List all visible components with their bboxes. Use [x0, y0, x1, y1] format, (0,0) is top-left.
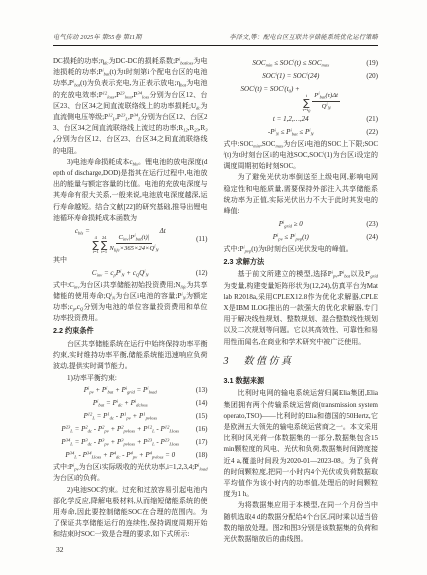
superscript: i: [293, 58, 294, 63]
equation-body: Pigrid ≥ 0: [224, 218, 359, 231]
subscript: dc: [88, 442, 92, 447]
superscript: i: [275, 71, 276, 76]
subscript: N: [276, 131, 279, 136]
subscript: N: [311, 131, 314, 136]
page-number: 32: [53, 544, 208, 555]
denominator: Nlife×365×24×QiN: [109, 244, 158, 253]
subscript: max: [275, 143, 283, 148]
subscript: Lloss: [92, 455, 102, 460]
subscript: pvloss: [124, 442, 135, 447]
subscript: bat: [180, 83, 186, 88]
equation-body: cbls = 4∑i=124∑t=1Cinv|Pibat(t)|Nlife×36…: [53, 225, 188, 255]
summation: 24∑t=1: [101, 236, 107, 254]
equation: Pipv + Pibat + Pigrid = Piload(13): [53, 384, 208, 397]
equation-number: (22): [358, 126, 378, 139]
equation-number: (24): [358, 231, 378, 244]
subscript: N: [156, 247, 159, 252]
paragraph: 式中:SOCmin,SOCmax为台区i电池的SOC上下限;SOCi(t)为t时…: [224, 139, 379, 173]
subscript: bat: [136, 237, 142, 242]
subscript: loss: [142, 94, 149, 99]
subscript: L: [74, 455, 77, 460]
subscript: grid: [284, 223, 292, 228]
equation-body: Pipv ≤ Pipvp(t): [224, 231, 359, 244]
summation: t∑τ=t0: [303, 94, 311, 112]
subsection-heading: 2.3 求解方法: [224, 256, 379, 269]
subscript: min: [266, 62, 273, 67]
equation-number: (14): [188, 397, 208, 410]
paragraph: 2)电池SOC约束。过充和过放容易引起电池内部化学反应,降解电极材料,从而缩短储…: [53, 485, 208, 541]
page: 电气传动 2025年 第55卷 第11期 李泽文,等：配电台区互联共享储能系统优…: [0, 0, 427, 575]
subscript: Lloss: [169, 429, 179, 434]
journal-info: 电气传动 2025年 第55卷 第11期: [53, 32, 142, 41]
equation-body: SOCi(1) = SOCi(24): [224, 70, 359, 83]
equation: -PiN ≤ Pibat ≤ PiN(22): [224, 126, 379, 139]
subscript: dcloss: [136, 403, 147, 408]
subscript: Q: [80, 306, 83, 311]
superscript: i: [224, 151, 225, 156]
subscript: loss: [107, 94, 114, 99]
subscript: load: [149, 390, 157, 395]
subscript: L: [125, 116, 128, 121]
equation: SOCi(1) = SOCi(24)(20): [224, 70, 379, 83]
equation-number: (19): [358, 57, 378, 70]
equation-body: -PiN ≤ Pibat ≤ PiN: [224, 126, 359, 139]
subscript: 23: [194, 128, 199, 133]
superscript: i: [306, 71, 307, 76]
paragraph: 为了避免光伏功率倒送至上级电网,影响电网稳定性和电能质量,需要保持外部注入共享储…: [224, 172, 379, 217]
equation: P34L - P34Lloss + P4dc - P4pv + P4pvloss…: [53, 449, 208, 462]
paragraph: DC损耗的功率;ηdc为DC-DC的损耗系数;Pibatloss为电池损耗的功率…: [53, 56, 208, 157]
equation-number: (23): [358, 218, 378, 231]
subscript: pv: [104, 429, 108, 434]
subscript: Q: [136, 272, 139, 277]
paragraph: 式中:Cinv为台区i共享储能初始投资费用;Nlife为共享储能的使用寿命;Qi…: [53, 280, 208, 325]
subscript: 0: [289, 88, 291, 93]
equation: Cinv = cpPiN + cQQiN(12): [53, 267, 208, 280]
equation-body: Cinv = cpPiN + cQQiN: [53, 267, 188, 280]
equation-number: (21): [358, 113, 378, 126]
subscript: pvloss: [152, 455, 163, 460]
subscript: dc: [116, 455, 120, 460]
equation-body: P23L = P2dc - P2pv + P2pvloss + P12L - P…: [53, 423, 188, 436]
equation-number: (18): [188, 449, 208, 462]
subscript: pv: [74, 467, 78, 472]
equation-body: P34L = P3dc - P3pv + P3pvloss + P23L - P…: [53, 436, 188, 449]
equation: Pigrid ≥ 0(23): [224, 218, 379, 231]
subscript: pv: [333, 274, 337, 279]
subscript: dc: [196, 105, 200, 110]
subscript: life: [180, 284, 186, 289]
subscript: inv: [74, 284, 80, 289]
subsection-heading: 2.2 约束条件: [53, 325, 208, 338]
subscript: L: [138, 116, 141, 121]
subscript: inv: [97, 272, 103, 277]
subscript: L: [113, 116, 116, 121]
subscript: pvloss: [124, 429, 135, 434]
subscript: loss: [125, 94, 132, 99]
subscript: pv: [104, 442, 108, 447]
fraction: Pibat(τ)ΔtQiN: [312, 92, 340, 111]
equation-number: (17): [188, 436, 208, 449]
subscript: pvloss: [146, 416, 157, 421]
subscript: N: [146, 272, 149, 277]
paragraph: 为将数据集应用于本模型,在同一个月份当中随机选取4 d的数据分配给4个台区,同时…: [224, 500, 379, 545]
subscript: inv: [123, 237, 129, 242]
equation-body: P12L = P1dc - P1pv + P1pvloss: [53, 410, 188, 423]
equation-number: (11): [188, 233, 208, 246]
subscript: L: [70, 429, 73, 434]
subscript: bat: [104, 72, 110, 77]
paragraph: 其中: [53, 255, 208, 266]
denominator: QiN: [322, 102, 331, 111]
equation: P34L = P3dc - P3pv + P3pvloss + P23L - P…: [53, 436, 208, 449]
paragraph: 3)电池寿命损耗成本cbls。锂电池的放电深度(depth of dischar…: [53, 157, 208, 224]
subscript: dc: [104, 60, 108, 65]
subscript: L: [152, 442, 155, 447]
equation-body: Pibat = Pidc + Pidcloss: [53, 397, 188, 410]
subscript: batloss: [180, 60, 193, 65]
subscript: N: [183, 295, 186, 300]
subscript: 12: [183, 128, 188, 133]
subscript: N: [328, 105, 331, 110]
superscript: i: [283, 84, 284, 89]
equation-number: (16): [188, 423, 208, 436]
equation-body: P34L - P34Lloss + P4dc - P4pv + P4pvloss…: [53, 449, 188, 462]
subscript: dc: [110, 416, 114, 421]
fraction: Cinv|Pibat(t)|Nlife×365×24×QiN: [109, 234, 158, 253]
subscript: life: [114, 247, 120, 252]
equation: P23L = P2dc - P2pv + P2pvloss + P12L - P…: [53, 423, 208, 436]
paragraph: 式中:Pipvp(t)为t时刻台区i光伏发电的峰值。: [224, 244, 379, 255]
subscript: Lloss: [169, 442, 179, 447]
section-heading: 3 数值仿真: [224, 355, 379, 369]
subscript: pvp: [245, 248, 252, 253]
subsection-heading: 3.1 数据来源: [224, 375, 379, 388]
subscript: bls: [133, 161, 138, 166]
equation: SOCmin ≤ SOCi(t) ≤ SOCmax(19): [224, 57, 379, 70]
subscript: grid: [127, 390, 135, 395]
sum-lower-limit: t=1: [101, 250, 107, 255]
subscript: L: [92, 416, 95, 421]
equation-number: (15): [188, 410, 208, 423]
equation-body: Pipv + Pibat + Pigrid = Piload: [53, 384, 188, 397]
paragraph: 比利时电网的输电系统运营归属Elia集团,Elia集团拥有两个传输系统运营商(t…: [224, 388, 379, 500]
subscript: p: [73, 306, 75, 311]
right-column: SOCmin ≤ SOCi(t) ≤ SOCmax(19)SOCi(1) = S…: [224, 56, 379, 555]
subscript: dc: [118, 403, 122, 408]
subscript: bat: [320, 94, 326, 99]
equation-body: SOCmin ≤ SOCi(t) ≤ SOCmax: [224, 57, 359, 70]
sum-lower-limit: τ=t0: [303, 108, 311, 113]
subscript: bls: [78, 230, 83, 235]
equation: Pibat = Pidc + Pidcloss(14): [53, 397, 208, 410]
paragraph: 1)功率平衡约束:: [53, 373, 208, 384]
page-header: 电气传动 2025年 第55卷 第11期 李泽文,等：配电台区互联共享储能系统优…: [53, 32, 378, 46]
subscript: min: [253, 143, 260, 148]
subscript: grid: [370, 274, 378, 279]
equation: cbls = 4∑i=124∑t=1Cinv|Pibat(t)|Nlife×36…: [53, 225, 208, 255]
subscript: N: [112, 295, 115, 300]
subscript: bat: [74, 83, 80, 88]
subscript: pv: [126, 416, 130, 421]
equation: SOCi(t) = SOCi(t0) + t∑τ=t0Pibat(τ)ΔtQiN: [224, 83, 379, 113]
subscript: bat: [107, 390, 113, 395]
sum-lower-limit: i=1: [93, 250, 99, 255]
superscript: i: [254, 84, 255, 89]
summation: 4∑i=1: [93, 236, 99, 254]
equation-number: (13): [188, 384, 208, 397]
equation-body: t = 1,2,…,24: [224, 113, 359, 126]
paragraph: 式中:Pipv为台区i实际吸收的光伏功率,i=1,2,3,4;Piload为台区…: [53, 462, 208, 484]
equation: P12L = P1dc - P1pv + P1pvloss(15): [53, 410, 208, 423]
numerator: Cinv|Pibat(t)|: [116, 234, 151, 244]
subscript: pvp: [296, 236, 303, 241]
subscript: bat: [98, 403, 104, 408]
subscript: bat: [344, 274, 350, 279]
superscript: i: [323, 151, 324, 156]
equation-number: (20): [358, 70, 378, 83]
subscript: bat: [292, 131, 298, 136]
subscript: p: [114, 272, 116, 277]
subscript: L: [152, 429, 155, 434]
paragraph: 基于前文所建立的模型,选择Pipv,Pibat以及Pigrid为变量,构建变量矩…: [224, 269, 379, 347]
content-columns: DC损耗的功率;ηdc为DC-DC的损耗系数;Pibatloss为电池损耗的功率…: [53, 56, 378, 555]
equation-body: SOCi(t) = SOCi(t0) + t∑τ=t0Pibat(τ)ΔtQiN: [224, 83, 359, 113]
subscript: max: [322, 62, 330, 67]
running-title: 李泽文,等：配电台区互联共享储能系统优化运行策略: [229, 32, 378, 41]
subscript: load: [199, 467, 207, 472]
paragraph: 台区共享储能系统在运行中始终保持功率平衡约束,实时维持功率平衡,储能系统能迅速响…: [53, 339, 208, 373]
subscript: dc: [88, 429, 92, 434]
equation-number: (12): [188, 267, 208, 280]
subscript: N: [121, 272, 124, 277]
left-column: DC损耗的功率;ηdc为DC-DC的损耗系数;Pibatloss为电池损耗的功率…: [53, 56, 208, 555]
equation: t = 1,2,…,24(21): [224, 113, 379, 126]
subscript: pv: [278, 236, 282, 241]
subscript: pv: [89, 390, 93, 395]
equation: Pipv ≤ Pipvp(t)(24): [224, 231, 379, 244]
subscript: pv: [133, 455, 137, 460]
subscript: L: [70, 442, 73, 447]
